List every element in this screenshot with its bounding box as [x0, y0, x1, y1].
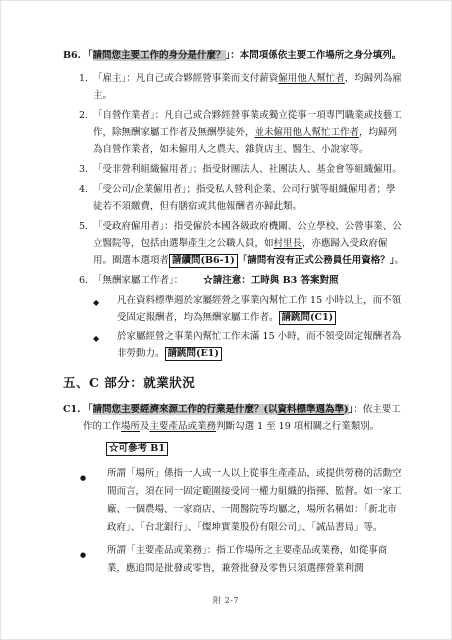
skip-instruction-box-b6-1: 請續問(B6-1) [169, 254, 238, 268]
text-segment: 於家屬經營之事業內幫忙工作未滿 15 小時，而不領受固定報酬者為非勞動力。 [117, 331, 401, 359]
dot-bullet-icon: ● [79, 542, 107, 578]
item-number: 2. [79, 107, 93, 158]
bullet-text: 所謂「場所」係指一人或一人以上從事生產產品，或提供勞務的活動空間而言，須在同一固… [107, 465, 404, 537]
list-item-5: 5. 「受政府僱用者」：指受僱於本國各級政府機關、公立學校、公營事業、公立醫院等… [79, 218, 404, 269]
page-content: B6. 「請問您主要工作的身分是什麼？」：本問項係依主要工作場所之身分填列。 1… [1, 1, 451, 578]
item-number: 6. [79, 272, 93, 289]
question-c1-text: 「請問您主要經濟來源工作的行業是什麼？(以資料標準週為準)」：依主要工作的工作場… [83, 401, 404, 435]
diamond-bullet-icon: ◆ [93, 292, 117, 326]
page-number: 附 2-7 [1, 592, 451, 609]
underlined-text: 場所 [121, 421, 140, 432]
question-c1-highlighted-text: 請問您主要經濟來源工作的行業是什麼？(以資料標準週為準) [93, 404, 349, 415]
list-item-3: 3. 「受非營利組織僱用者」；指受財團法人、社團法人、基金會等組織僱用。 [79, 161, 404, 178]
text-segment: 及 [140, 421, 150, 432]
underlined-text: 村里長 [274, 238, 303, 249]
sub-bullet-1: ◆ 凡在資料標準週於家屬經營之事業內幫忙工作 15 小時以上，而不領受固定報酬者… [93, 292, 404, 326]
diamond-bullet-icon: ◆ [93, 328, 117, 362]
text-segment: 「受公司/企業僱用者」；指受私人營利企業、公司行號等組織僱用者；學徒若不須繳費，… [93, 184, 395, 212]
question-b6-highlighted-text: 請問您主要工作的身分是什麼？ [93, 50, 226, 61]
sub-bullet-text: 凡在資料標準週於家屬經營之事業內幫忙工作 15 小時以上，而不領受固定報酬者，均… [117, 292, 404, 326]
text-segment: 「雇主」：凡自己或合夥經營事業而支付薪資 [93, 73, 278, 84]
quote-open: 「 [83, 404, 93, 415]
quote-open: 「 [83, 50, 93, 61]
item-text: 「雇主」：凡自己或合夥經營事業而支付薪資僱用他人幫忙者，均歸列為雇主。 [93, 70, 404, 104]
item-text: 「受政府僱用者」：指受僱於本國各級政府機關、公立學校、公營事業、公立醫院等，包括… [93, 218, 404, 269]
list-item-1: 1. 「雇主」：凡自己或合夥經營事業而支付薪資僱用他人幫忙者，均歸列為雇主。 [79, 70, 404, 104]
text-segment: 請問您主要經濟來源工作的行業是什麼？(以 [93, 404, 278, 415]
question-c1-label: C1. [63, 401, 83, 435]
sub-bullet-2: ◆ 於家屬經營之事業內幫忙工作未滿 15 小時，而不領受固定報酬者為非勞動力。請… [93, 328, 404, 362]
text-segment: 判斷勾選 1 至 19 項相關之行業類別。 [216, 421, 379, 432]
bullet-product-definition: ● 所謂「主要產品或業務」：指工作場所之主要產品或業務，如從事商業，應追問是批發… [79, 542, 404, 578]
question-b6-description: ：本問項係依主要工作場所之身分填列。 [230, 50, 401, 61]
question-b6-text: 「請問您主要工作的身分是什麼？」：本問項係依主要工作場所之身分填列。 [83, 47, 404, 64]
b6-definition-list: 1. 「雇主」：凡自己或合夥經營事業而支付薪資僱用他人幫忙者，均歸列為雇主。 2… [79, 70, 404, 362]
text-segment: 「受非營利組織僱用者」；指受財團法人、社團法人、基金會等組織僱用。 [93, 164, 402, 175]
underlined-text: 僱用他人幫忙者 [278, 73, 345, 84]
item-text: 「自營作業者」：凡自己或合夥經營事業或獨立從事一項專門職業或技藝工作，除無酬家屬… [93, 107, 404, 158]
question-b6-heading: B6. 「請問您主要工作的身分是什麼？」：本問項係依主要工作場所之身分填列。 [63, 47, 404, 64]
item-text: 「受公司/企業僱用者」；指受私人營利企業、公司行號等組織僱用者；學徒若不須繳費，… [93, 181, 404, 215]
list-item-6: 6. 「無酬家屬工作者」：☆請注意：工時與 B3 答案對照 [79, 272, 404, 289]
underlined-text: 主要產品或業務 [150, 421, 217, 432]
text-segment: 「無酬家屬工作者」： [93, 275, 183, 286]
item-6-sub-bullets: ◆ 凡在資料標準週於家屬經營之事業內幫忙工作 15 小時以上，而不領受固定報酬者… [93, 292, 404, 362]
sub-bullet-text: 於家屬經營之事業內幫忙工作未滿 15 小時，而不領受固定報酬者為非勞動力。請跳問… [117, 328, 404, 362]
list-item-4: 4. 「受公司/企業僱用者」；指受私人營利企業、公司行號等組織僱用者；學徒若不須… [79, 181, 404, 215]
item-number: 4. [79, 181, 93, 215]
c1-explanation-bullets: ● 所謂「場所」係指一人或一人以上從事生產產品，或提供勞務的活動空間而言，須在同… [79, 465, 404, 578]
item-number: 1. [79, 70, 93, 104]
reference-box-b1: ☆可參考 B1 [106, 442, 168, 456]
text-segment: 凡在資料標準週於家屬經營之事業內幫忙工作 15 小時以上，而不領受固定報酬者，均… [117, 295, 401, 323]
attention-note: ☆請注意：工時與 B3 答案對照 [203, 275, 338, 286]
skip-instruction-box-e1: 請跳問(E1) [165, 347, 222, 361]
question-c1-heading: C1. 「請問您主要經濟來源工作的行業是什麼？(以資料標準週為準)」：依主要工作… [63, 401, 404, 435]
item-number: 3. [79, 161, 93, 178]
item-text: 「受非營利組織僱用者」；指受財團法人、社團法人、基金會等組織僱用。 [93, 161, 404, 178]
underlined-text: 資料標準週為準 [278, 404, 345, 415]
dot-bullet-icon: ● [79, 465, 107, 537]
section-heading-c-part: 五、C 部分：就業狀況 [63, 374, 404, 391]
document-page: B6. 「請問您主要工作的身分是什麼？」：本問項係依主要工作場所之身分填列。 1… [0, 0, 452, 640]
question-b6-label: B6. [63, 47, 83, 64]
list-item-2: 2. 「自營作業者」：凡自己或合夥經營事業或獨立從事一項專門職業或技藝工作，除無… [79, 107, 404, 158]
followup-question-text: 「請問有沒有正式公務員任用資格？」 [238, 255, 395, 266]
underlined-text: 並未僱用他人幫忙工作者 [255, 127, 360, 138]
bullet-place-definition: ● 所謂「場所」係指一人或一人以上從事生產產品，或提供勞務的活動空間而言，須在同… [79, 465, 404, 537]
skip-instruction-box-c1: 請跳問(C1) [279, 311, 337, 325]
item-text: 「無酬家屬工作者」：☆請注意：工時與 B3 答案對照 [93, 272, 404, 289]
item-number: 5. [79, 218, 93, 269]
reference-line: ☆可參考 B1 [106, 440, 404, 457]
bullet-text: 所謂「主要產品或業務」：指工作場所之主要產品或業務，如從事商業，應追問是批發或零… [107, 542, 404, 578]
text-segment: 。 [394, 255, 404, 266]
